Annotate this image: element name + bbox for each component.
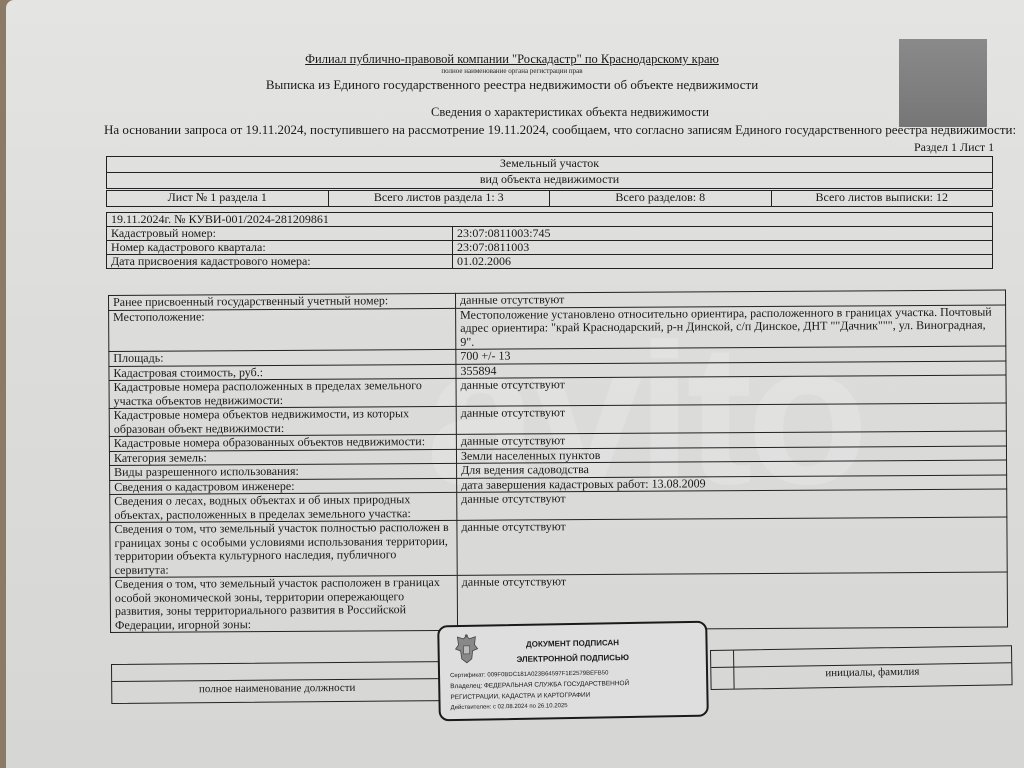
stamp-certificate: Сертификат: 009F0BDC181A023B64597F1E2579… <box>450 670 608 679</box>
row-label: Кадастровые номера расположенных в преде… <box>109 378 456 408</box>
position-caption: полное наименование должности <box>112 681 442 696</box>
electronic-signature-stamp: ДОКУМЕНТ ПОДПИСАН ЭЛЕКТРОННОЙ ПОДПИСЬЮ С… <box>437 621 709 722</box>
row-label: Сведения о лесах, водных объектах и об и… <box>110 492 457 522</box>
document-title: Выписка из Единого государственного реес… <box>0 77 1024 93</box>
table-row: Сведения о том, что земельный участок по… <box>110 517 1007 577</box>
row-label: Местоположение: <box>109 308 456 352</box>
row-value: данные отсутствуют <box>457 572 1007 630</box>
request-text: На основании запроса от 19.11.2024, пост… <box>104 122 1016 138</box>
position-signature-field: полное наименование должности <box>111 661 443 704</box>
stamp-validity: Действителен: с 02.08.2024 по 26.10.2025 <box>451 703 568 711</box>
total-sheets-section: Всего листов раздела 1: 3 <box>328 191 550 207</box>
stamp-owner-line2: РЕГИСТРАЦИИ, КАДАСТРА И КАРТОГРАФИИ <box>450 692 590 701</box>
sheet-number: Лист № 1 раздела 1 <box>107 191 329 207</box>
row-label: Сведения о том, что земельный участок по… <box>110 520 457 577</box>
sheets-table: Лист № 1 раздела 1 Всего листов раздела … <box>106 190 993 207</box>
name-signature-field: инициалы, фамилия <box>710 645 1013 690</box>
section-sheet-label: Раздел 1 Лист 1 <box>914 140 994 155</box>
row-value: данные отсутствуют <box>457 517 1007 575</box>
row-label: Сведения о том, что земельный участок ра… <box>110 575 457 632</box>
row-label: Дата присвоения кадастрового номера: <box>107 255 453 269</box>
row-label: Номер кадастрового квартала: <box>107 241 453 255</box>
organization-name: Филиал публично-правовой компании "Роска… <box>0 52 1024 67</box>
row-label: Кадастровый номер: <box>107 227 453 241</box>
total-sections: Всего разделов: 8 <box>550 191 772 207</box>
assignment-date: 01.02.2006 <box>453 255 993 269</box>
organization-caption: полное наименование органа регистрации п… <box>0 67 1024 75</box>
row-label: Кадастровые номера образованных объектов… <box>109 434 456 451</box>
row-value: Местоположение установлено относительно … <box>456 305 1006 350</box>
table-row: Местоположение:Местоположение установлен… <box>109 305 1006 352</box>
table-row: Дата присвоения кадастрового номера: 01.… <box>107 255 993 269</box>
extract-number: 19.11.2024г. № КУВИ-001/2024-281209861 <box>107 213 993 227</box>
total-sheets-extract: Всего листов выписки: 12 <box>771 191 993 207</box>
object-type: Земельный участок <box>107 157 993 173</box>
row-label: Кадастровые номера объектов недвижимости… <box>109 406 456 436</box>
table-row: Номер кадастрового квартала: 23:07:08110… <box>107 241 993 255</box>
object-type-table: Земельный участок вид объекта недвижимос… <box>106 156 993 189</box>
section-title: Сведения о характеристиках объекта недви… <box>0 105 1024 120</box>
row-value: данные отсутствуют <box>456 375 1006 406</box>
object-type-caption: вид объекта недвижимости <box>107 173 993 189</box>
table-row: Кадастровый номер: 23:07:0811003:745 <box>107 227 993 241</box>
cadastral-number: 23:07:0811003:745 <box>453 227 993 241</box>
cadastral-quarter: 23:07:0811003 <box>453 241 993 255</box>
stamp-owner-line1: Владелец: ФЕДЕРАЛЬНАЯ СЛУЖБА ГОСУДАРСТВЕ… <box>450 680 629 690</box>
row-value: данные отсутствуют <box>457 489 1007 520</box>
characteristics-table: Ранее присвоенный государственный учетны… <box>108 290 1008 633</box>
identification-table: 19.11.2024г. № КУВИ-001/2024-281209861 К… <box>106 212 993 269</box>
row-value: данные отсутствуют <box>456 403 1006 434</box>
